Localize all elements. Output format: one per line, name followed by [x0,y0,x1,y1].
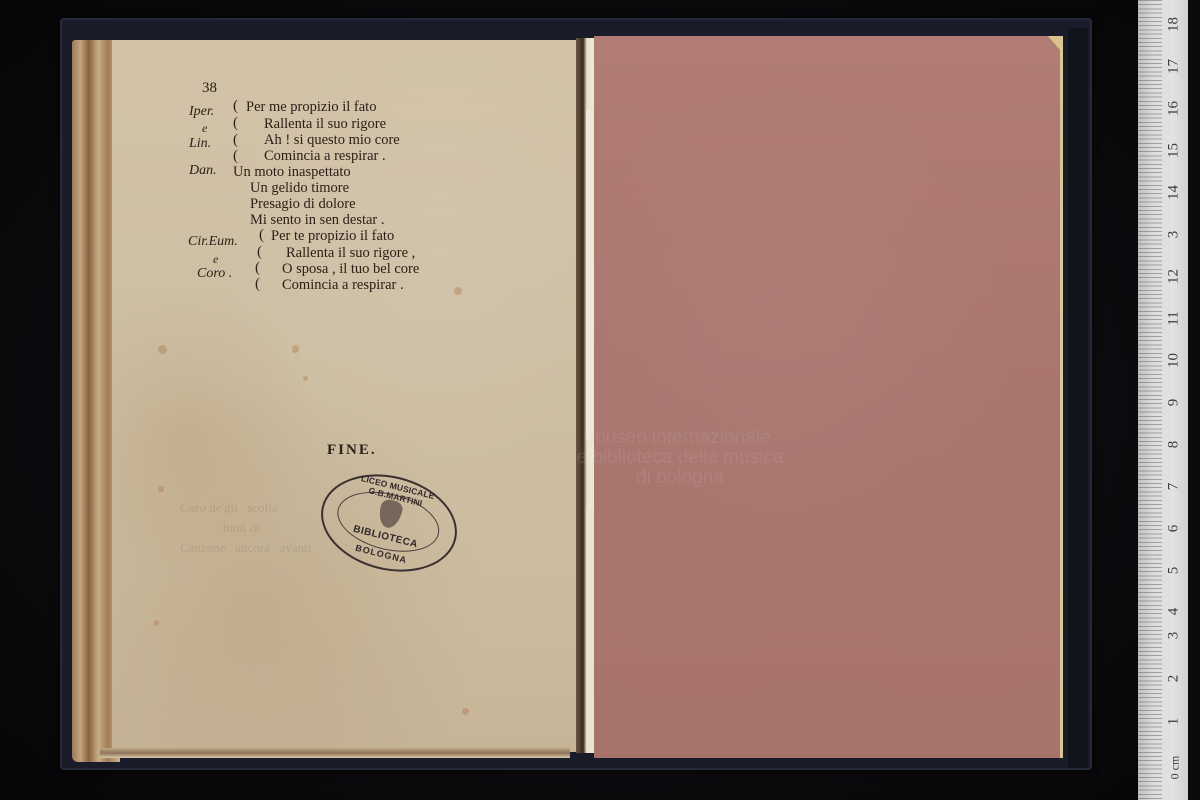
speaker-label: e [213,251,218,267]
watermark-line: di bologna [520,468,840,488]
verse-line: Per me propizio il fato [246,99,376,115]
verse-line: Ah ! si questo mio core [264,132,400,148]
foxing-stain [303,376,308,381]
right-page-pink-endpaper [594,36,1063,758]
bracket: ( [233,115,238,131]
speaker-label: Iper. [189,104,214,120]
foxing-stain [158,345,167,354]
foxing-stain [462,708,469,715]
ruler-label: 8 [1166,435,1183,455]
bracket: ( [257,244,262,260]
ruler-label: 18 [1166,15,1183,35]
verse-line: Comincia a respirar . [264,148,386,164]
ruler-label: 15 [1166,141,1183,161]
bracket: ( [259,227,264,243]
ruler-label: 3 [1166,225,1183,245]
speaker-label: e [202,120,207,136]
verse-line: O sposa , il tuo bel core [282,261,419,277]
foxing-stain [154,620,159,626]
ruler-label: 2 [1166,669,1183,689]
verse-line: Comincia a respirar . [282,277,404,293]
ruler-label: 17 [1166,57,1183,77]
ruler-label: 12 [1166,267,1183,287]
watermark-line: e biblioteca della musica [520,448,840,468]
speaker-label: Coro . [197,266,232,282]
speaker-label: Lin. [189,136,211,152]
ruler-label: 11 [1166,309,1183,329]
end-marker: FINE. [327,442,377,459]
ruler-label: 14 [1166,183,1183,203]
verse-line: Mi sento in sen destar . [250,212,385,228]
foxing-stain [158,486,164,492]
ruler-label: 6 [1166,519,1183,539]
foxing-stain [292,345,299,353]
bracket: ( [255,260,260,276]
speaker-label: Cir.Eum. [188,234,238,250]
ruler-label: 10 [1166,351,1183,371]
ruler-label: 0 cm [1168,753,1183,783]
foxing-stain [454,287,462,295]
verse-line: Rallenta il suo rigore , [286,245,415,261]
watermark: museo internazionale e biblioteca della … [520,428,840,488]
ruler-label: 3 [1166,626,1183,646]
ruler-label: 7 [1166,477,1183,497]
bleed-through-text: Canzone ancora avanti [180,540,311,556]
ruler-label: 9 [1166,393,1183,413]
ruler-label: 1 [1166,712,1183,732]
verse-line: Per te propizio il fato [271,228,394,244]
ruler-ticks [1138,0,1162,800]
bracket: ( [233,132,238,148]
bracket: ( [233,148,238,164]
verse-line: Un gelido timore [250,180,349,196]
verse-line: Presagio di dolore [250,196,356,212]
bracket: ( [233,98,238,114]
verse-line: Rallenta il suo rigore [264,116,386,132]
speaker-label: Dan. [189,163,217,179]
cover-right-edge [1068,28,1088,768]
measurement-ruler: 0 cm 1 2 3 4 5 6 7 8 9 10 11 12 3 14 15 … [1138,0,1188,800]
bleed-through-text: Coro de'gli scolla [180,500,278,516]
verse-line: Un moto inaspettato [233,164,351,180]
watermark-line: museo internazionale [520,428,840,448]
page-number: 38 [202,80,217,97]
ruler-shadow-edge [1188,0,1200,800]
ruler-label: 16 [1166,99,1183,119]
bracket: ( [255,276,260,292]
bleed-through-text: lumi di [190,520,260,536]
ruler-label: 5 [1166,561,1183,581]
ruler-label: 4 [1166,602,1183,622]
left-page-bottom-edge [100,748,570,758]
